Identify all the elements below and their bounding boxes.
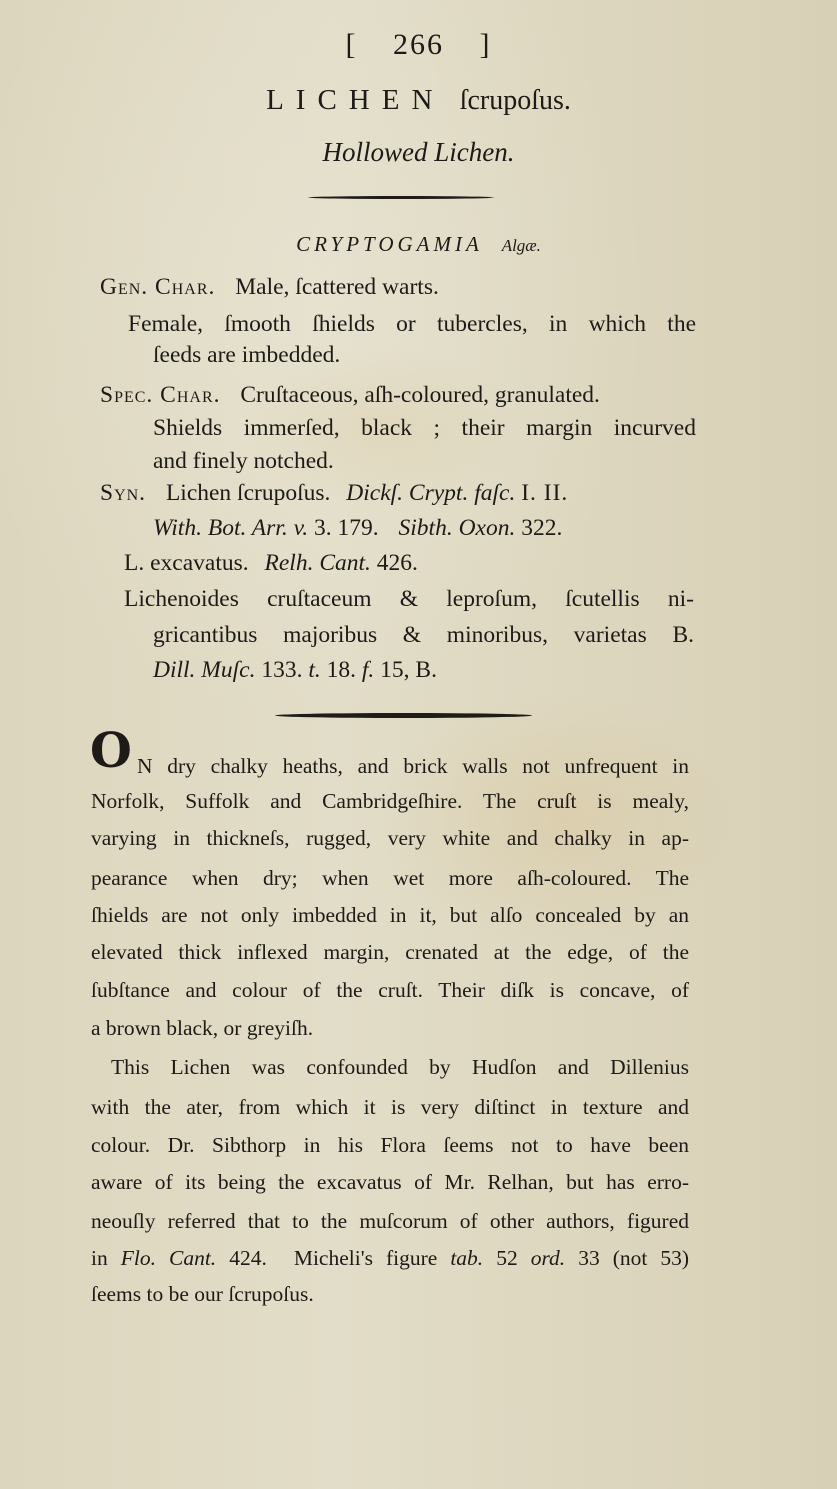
citation-italic: Flo. Cant.: [121, 1246, 216, 1270]
gen-char-line: Female, ſmooth ſhields or tubercles, in …: [128, 311, 696, 338]
citation-number: 33 (not 53): [578, 1246, 689, 1270]
bracket-right: ]: [480, 28, 492, 62]
synonym-ref-number: 133.: [261, 657, 302, 683]
paragraph-line: Norfolk, Suffolk and Cambridgeſhire. The…: [91, 789, 689, 814]
common-name: Hollowed Lichen.: [0, 137, 837, 168]
page-number-value: 266: [393, 28, 444, 61]
synonym-reference: Dickſ. Crypt. faſc.: [346, 480, 515, 506]
synonym-ref-number: 426.: [377, 550, 418, 576]
order-name: Algæ.: [502, 236, 541, 255]
syn-label: Syn.: [100, 480, 146, 506]
synonym-name: L. excavatus.: [124, 550, 249, 576]
synonym-ref-number: 322.: [521, 515, 562, 541]
spec-char-line: Shields immerſed, black ; their margin i…: [153, 415, 696, 442]
synonym-reference: Relh. Cant.: [265, 550, 371, 576]
gen-char-line: Gen. Char. Male, ſcattered warts.: [100, 274, 439, 301]
paragraph-line: ſeems to be our ſcrupoſus.: [91, 1282, 689, 1307]
gen-char-text: Male, ſcattered warts.: [235, 274, 439, 300]
text-fragment: Micheli's figure: [294, 1246, 437, 1270]
synonym-reference: Dill. Muſc.: [153, 657, 255, 683]
page-number: [ 266 ]: [0, 28, 837, 62]
gen-char-line: ſeeds are imbedded.: [153, 342, 340, 369]
paragraph-line: with the ater, from which it is very diſ…: [91, 1095, 689, 1120]
spec-char-label: Spec. Char.: [100, 382, 221, 408]
synonym-line: Syn. Lichen ſcrupoſus. Dickſ. Crypt. faſ…: [100, 480, 568, 507]
synonym-line: Lichenoides cruſtaceum & leproſum, ſcute…: [124, 586, 694, 613]
paragraph-line: N dry chalky heaths, and brick walls not…: [137, 754, 689, 779]
synonym-reference: f.: [362, 657, 374, 683]
citation-italic: ord.: [531, 1246, 565, 1270]
spec-char-line: and finely notched.: [153, 448, 334, 475]
paragraph-line: neouſly referred that to the muſcorum of…: [91, 1209, 689, 1234]
citation-number: 424.: [229, 1246, 267, 1270]
synonym-line: Dill. Muſc. 133. t. 18. f. 15, B.: [153, 657, 437, 684]
species-name: ſcrupoſus.: [460, 85, 571, 116]
bracket-left: [: [346, 28, 358, 62]
synonym-reference: t.: [308, 657, 320, 683]
synonym-name: Lichen ſcrupoſus.: [166, 480, 330, 506]
spec-char-line: Spec. Char. Cruſtaceous, aſh-coloured, g…: [100, 382, 600, 409]
gen-char-label: Gen. Char.: [100, 274, 215, 300]
synonym-line: With. Bot. Arr. v. 3. 179. Sibth. Oxon. …: [153, 515, 562, 542]
divider-rule: [275, 713, 532, 718]
synonym-reference: Sibth. Oxon.: [399, 515, 516, 541]
paragraph-line: aware of its being the excavatus of Mr. …: [91, 1170, 689, 1195]
synonym-ref-number: 15, B.: [380, 657, 437, 683]
paragraph-line: This Lichen was confounded by Hudſon and…: [111, 1055, 689, 1080]
paragraph-line: pearance when dry; when wet more aſh-col…: [91, 866, 689, 891]
spec-char-text: Cruſtaceous, aſh-coloured, granulated.: [240, 382, 600, 408]
paragraph-line: in Flo. Cant. 424. Micheli's figure tab.…: [91, 1246, 689, 1271]
genus-name: LICHEN: [266, 84, 444, 116]
synonym-ref-number: I. II.: [521, 480, 568, 506]
synonym-ref-number: 3. 179.: [314, 515, 379, 541]
synonym-reference: With. Bot. Arr. v.: [153, 515, 308, 541]
synonym-line: L. excavatus. Relh. Cant. 426.: [124, 550, 418, 577]
citation-italic: tab.: [450, 1246, 483, 1270]
classification: CRYPTOGAMIA Algæ.: [0, 232, 837, 257]
class-name: CRYPTOGAMIA: [296, 232, 482, 256]
book-page: [ 266 ] LICHEN ſcrupoſus. Hollowed Liche…: [0, 0, 837, 1489]
synonym-line: gricantibus majoribus & minoribus, varie…: [153, 622, 694, 649]
paragraph-line: elevated thick inflexed margin, crenated…: [91, 940, 689, 965]
divider-rule: [308, 196, 494, 199]
paragraph-line: ſubſtance and colour of the cruſt. Their…: [91, 978, 689, 1003]
drop-cap: O: [90, 727, 132, 775]
paragraph-line: a brown black, or greyiſh.: [91, 1016, 689, 1041]
species-title: LICHEN ſcrupoſus.: [0, 84, 837, 117]
paragraph-line: ſhields are not only imbedded in it, but…: [91, 903, 689, 928]
paragraph-line: colour. Dr. Sibthorp in his Flora ſeems …: [91, 1133, 689, 1158]
paragraph-line: varying in thickneſs, rugged, very white…: [91, 826, 689, 851]
synonym-ref-number: 18.: [327, 657, 356, 683]
text-fragment: in: [91, 1246, 108, 1270]
citation-number: 52: [496, 1246, 518, 1270]
